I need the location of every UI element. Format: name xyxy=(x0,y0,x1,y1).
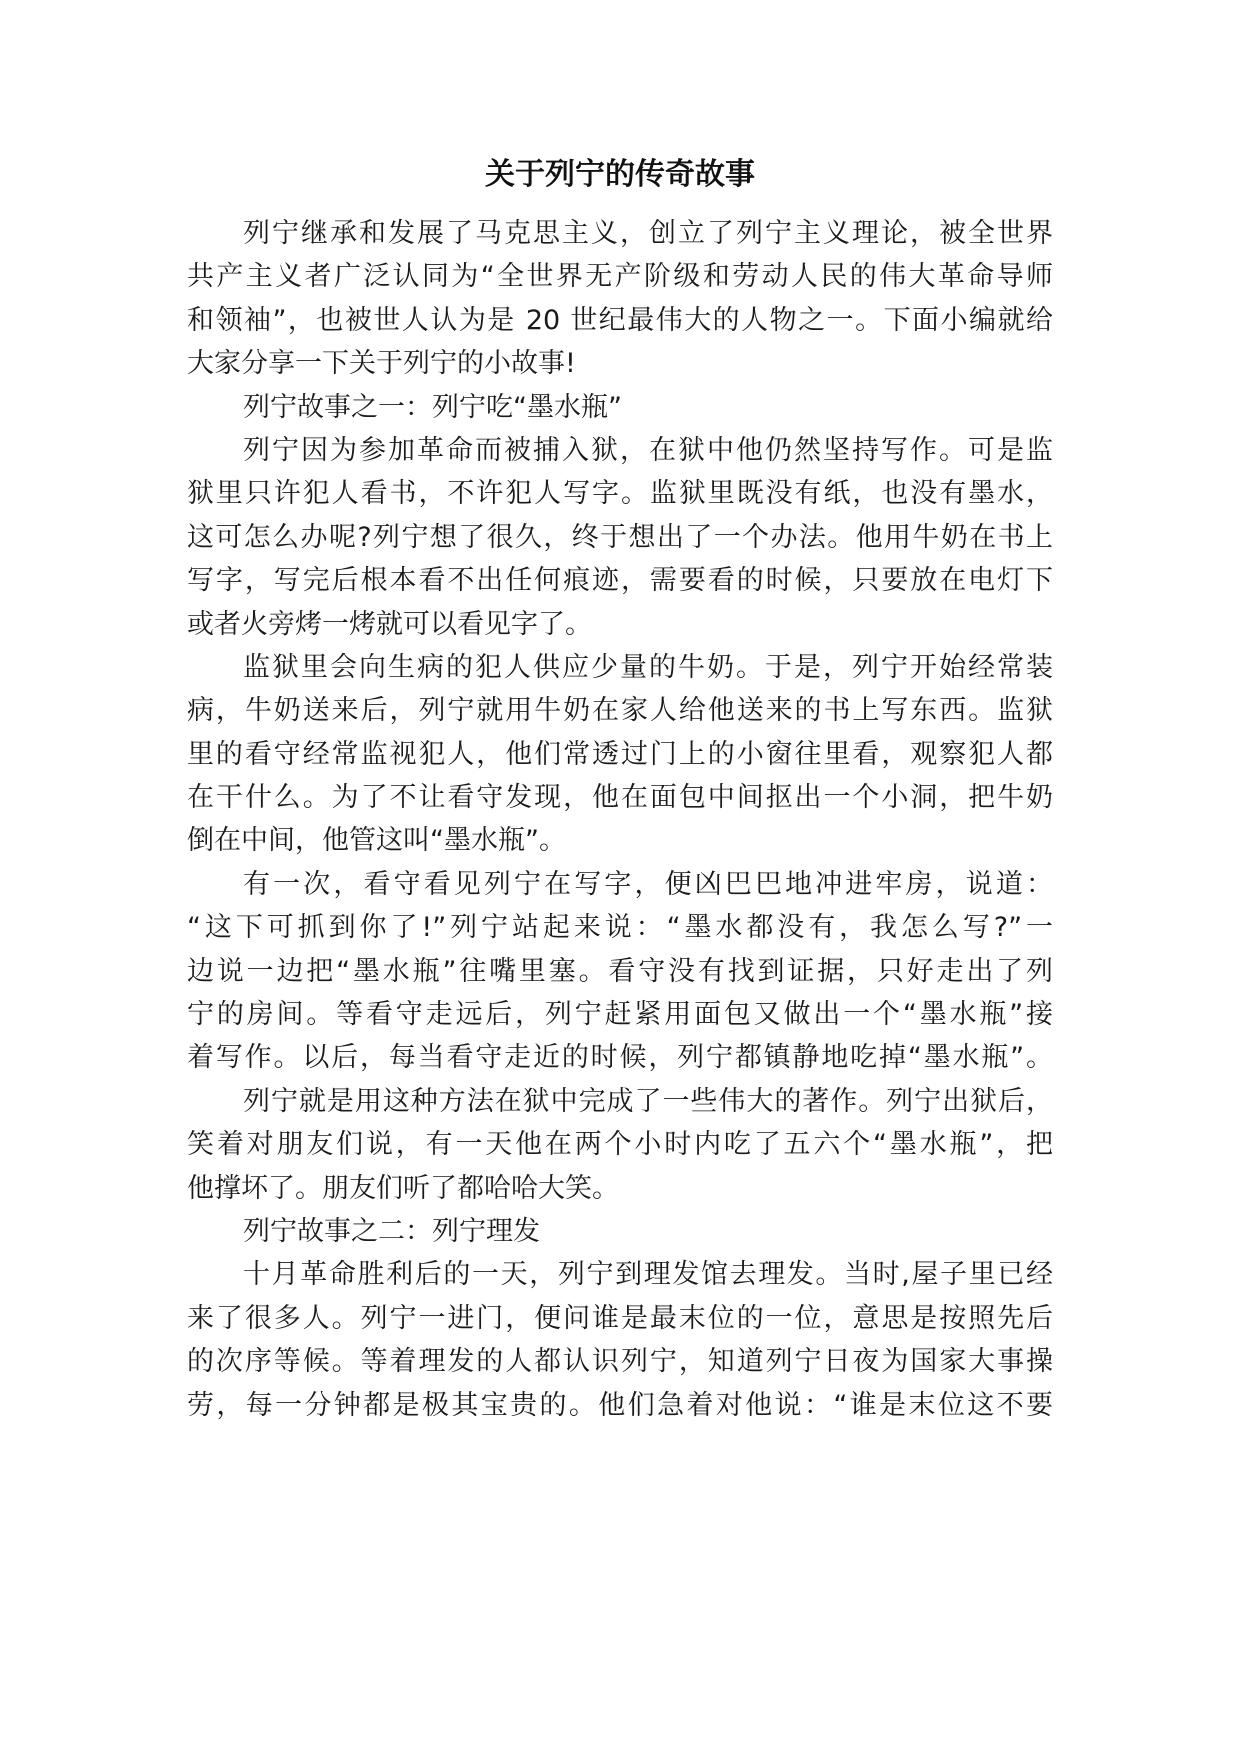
text-line: 里的看守经常监视犯人，他们常透过门上的小窗往里看，观察犯人都 xyxy=(187,733,1053,776)
text-line: 或者火旁烤一烤就可以看见字了。 xyxy=(187,603,1053,646)
text-line: 有一次，看守看见列宁在写字，便凶巴巴地冲进牢房，说道： xyxy=(187,863,1053,906)
text-line: 在干什么。为了不让看守发现，他在面包中间抠出一个小洞，把牛奶 xyxy=(187,776,1053,819)
text-line: 列宁因为参加革命而被捕入狱，在狱中他仍然坚持写作。可是监 xyxy=(187,429,1053,472)
text-line: 这可怎么办呢?列宁想了很久，终于想出了一个办法。他用牛奶在书上 xyxy=(187,516,1053,559)
text-line: 监狱里会向生病的犯人供应少量的牛奶。于是，列宁开始经常装 xyxy=(187,646,1053,689)
text-line: 来了很多人。列宁一进门，便问谁是最末位的一位，意思是按照先后 xyxy=(187,1297,1053,1340)
text-line: 宁的房间。等看守走远后，列宁赶紧用面包又做出一个“墨水瓶”接 xyxy=(187,993,1053,1036)
text-line: “这下可抓到你了!”列宁站起来说：“墨水都没有，我怎么写?”一 xyxy=(187,906,1053,949)
document-body: 列宁继承和发展了马克思主义，创立了列宁主义理论，被全世界 共产主义者广泛认同为“… xyxy=(187,212,1053,1427)
document-page: 关于列宁的传奇故事 列宁继承和发展了马克思主义，创立了列宁主义理论，被全世界 共… xyxy=(0,0,1240,1753)
text-line: 列宁就是用这种方法在狱中完成了一些伟大的著作。列宁出狱后， xyxy=(187,1080,1053,1123)
text-line: 的次序等候。等着理发的人都认识列宁，知道列宁日夜为国家大事操 xyxy=(187,1340,1053,1383)
text-line: 边说一边把“墨水瓶”往嘴里塞。看守没有找到证据，只好走出了列 xyxy=(187,950,1053,993)
text-line: 大家分享一下关于列宁的小故事! xyxy=(187,342,1053,385)
text-line: 病，牛奶送来后，列宁就用牛奶在家人给他送来的书上写东西。监狱 xyxy=(187,689,1053,732)
text-line: 着写作。以后，每当看守走近的时候，列宁都镇静地吃掉“墨水瓶”。 xyxy=(187,1036,1053,1079)
section-heading-story-1: 列宁故事之一：列宁吃“墨水瓶” xyxy=(187,386,1053,429)
text-line: 劳，每一分钟都是极其宝贵的。他们急着对他说：“谁是末位这不要 xyxy=(187,1384,1053,1427)
text-line: 他撑坏了。朋友们听了都哈哈大笑。 xyxy=(187,1167,1053,1210)
section-heading-story-2: 列宁故事之二：列宁理发 xyxy=(187,1210,1053,1253)
document-title: 关于列宁的传奇故事 xyxy=(0,155,1240,195)
text-line: 狱里只许犯人看书，不许犯人写字。监狱里既没有纸，也没有墨水， xyxy=(187,472,1053,515)
text-line: 共产主义者广泛认同为“全世界无产阶级和劳动人民的伟大革命导师 xyxy=(187,255,1053,298)
text-line: 写字，写完后根本看不出任何痕迹，需要看的时候，只要放在电灯下 xyxy=(187,559,1053,602)
text-line: 和领袖”，也被世人认为是 20 世纪最伟大的人物之一。下面小编就给 xyxy=(187,299,1053,342)
text-line: 列宁继承和发展了马克思主义，创立了列宁主义理论，被全世界 xyxy=(187,212,1053,255)
text-line: 笑着对朋友们说，有一天他在两个小时内吃了五六个“墨水瓶”，把 xyxy=(187,1123,1053,1166)
text-line: 倒在中间，他管这叫“墨水瓶”。 xyxy=(187,819,1053,862)
text-line: 十月革命胜利后的一天，列宁到理发馆去理发。当时,屋子里已经 xyxy=(187,1253,1053,1296)
